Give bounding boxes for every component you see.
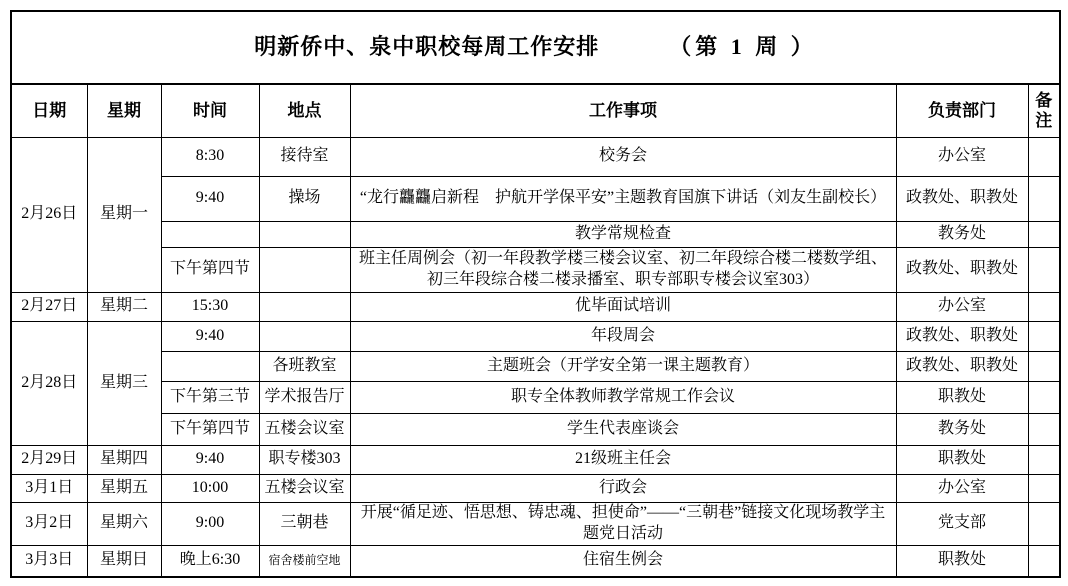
department-cell: 政教处、职教处 — [896, 351, 1028, 381]
department-cell: 办公室 — [896, 292, 1028, 321]
table-row: 教学常规检查 教务处 — [11, 221, 1060, 247]
date-cell: 2月27日 — [11, 292, 87, 321]
department-cell: 教务处 — [896, 413, 1028, 445]
table-row: 3月2日 星期六 9:00 三朝巷 开展“循足迹、悟思想、铸忠魂、担使命”——“… — [11, 502, 1060, 545]
time-cell: 10:00 — [161, 474, 259, 502]
remark-cell — [1028, 381, 1060, 413]
task-cell: 教学常规检查 — [350, 221, 896, 247]
task-cell: 学生代表座谈会 — [350, 413, 896, 445]
task-cell: 班主任周例会（初一年段教学楼三楼会议室、初二年段综合楼二楼数学组、初三年段综合楼… — [350, 247, 896, 292]
time-cell: 下午第四节 — [161, 413, 259, 445]
task-cell: 主题班会（开学安全第一课主题教育） — [350, 351, 896, 381]
table-row: 2月29日 星期四 9:40 职专楼303 21级班主任会 职教处 — [11, 445, 1060, 474]
time-cell: 9:40 — [161, 321, 259, 351]
department-cell: 政教处、职教处 — [896, 321, 1028, 351]
date-cell: 3月3日 — [11, 545, 87, 577]
time-cell: 9:00 — [161, 502, 259, 545]
task-cell: 校务会 — [350, 137, 896, 176]
weekday-cell: 星期四 — [87, 445, 161, 474]
weekday-cell: 星期六 — [87, 502, 161, 545]
department-cell: 职教处 — [896, 545, 1028, 577]
department-cell: 政教处、职教处 — [896, 176, 1028, 221]
task-cell: 职专全体教师教学常规工作会议 — [350, 381, 896, 413]
remark-cell — [1028, 176, 1060, 221]
task-cell: 行政会 — [350, 474, 896, 502]
col-header-time: 时间 — [161, 84, 259, 137]
col-header-date: 日期 — [11, 84, 87, 137]
weekday-cell: 星期日 — [87, 545, 161, 577]
task-cell: 开展“循足迹、悟思想、铸忠魂、担使命”——“三朝巷”链接文化现场教学主题党日活动 — [350, 502, 896, 545]
remark-cell — [1028, 474, 1060, 502]
remark-cell — [1028, 247, 1060, 292]
col-header-remark: 备注 — [1028, 84, 1060, 137]
weekday-cell: 星期二 — [87, 292, 161, 321]
remark-cell — [1028, 445, 1060, 474]
date-cell: 2月26日 — [11, 137, 87, 292]
location-cell: 职专楼303 — [259, 445, 350, 474]
table-row: 2月27日 星期二 15:30 优毕面试培训 办公室 — [11, 292, 1060, 321]
time-cell: 9:40 — [161, 176, 259, 221]
col-header-task: 工作事项 — [350, 84, 896, 137]
location-cell — [259, 247, 350, 292]
location-cell: 五楼会议室 — [259, 474, 350, 502]
remark-cell — [1028, 137, 1060, 176]
location-cell: 操场 — [259, 176, 350, 221]
location-cell: 三朝巷 — [259, 502, 350, 545]
task-cell: 优毕面试培训 — [350, 292, 896, 321]
table-row: 9:40 操场 “龙行龘龘启新程 护航开学保平安”主题教育国旗下讲话（刘友生副校… — [11, 176, 1060, 221]
weekday-cell: 星期五 — [87, 474, 161, 502]
header-row: 日期 星期 时间 地点 工作事项 负责部门 备注 — [11, 84, 1060, 137]
remark-cell — [1028, 545, 1060, 577]
col-header-department: 负责部门 — [896, 84, 1028, 137]
time-cell: 9:40 — [161, 445, 259, 474]
title-week: （第 1 周 ） — [669, 34, 817, 59]
date-cell: 2月29日 — [11, 445, 87, 474]
col-header-weekday: 星期 — [87, 84, 161, 137]
task-cell: “龙行龘龘启新程 护航开学保平安”主题教育国旗下讲话（刘友生副校长） — [350, 176, 896, 221]
location-cell: 学术报告厅 — [259, 381, 350, 413]
date-cell: 3月1日 — [11, 474, 87, 502]
task-cell: 年段周会 — [350, 321, 896, 351]
department-cell: 职教处 — [896, 445, 1028, 474]
weekday-cell: 星期三 — [87, 321, 161, 445]
date-cell: 3月2日 — [11, 502, 87, 545]
table-row: 2月28日 星期三 9:40 年段周会 政教处、职教处 — [11, 321, 1060, 351]
remark-cell — [1028, 292, 1060, 321]
table-row: 3月1日 星期五 10:00 五楼会议室 行政会 办公室 — [11, 474, 1060, 502]
table-row: 3月3日 星期日 晚上6:30 宿舍楼前空地 住宿生例会 职教处 — [11, 545, 1060, 577]
title-main: 明新侨中、泉中职校每周工作安排 — [254, 34, 599, 59]
time-cell: 晚上6:30 — [161, 545, 259, 577]
weekly-schedule-table: 明新侨中、泉中职校每周工作安排（第 1 周 ） 日期 星期 时间 地点 工作事项… — [10, 10, 1061, 578]
table-row: 下午第四节 五楼会议室 学生代表座谈会 教务处 — [11, 413, 1060, 445]
location-cell — [259, 292, 350, 321]
time-cell: 15:30 — [161, 292, 259, 321]
location-cell: 宿舍楼前空地 — [259, 545, 350, 577]
remark-cell — [1028, 321, 1060, 351]
department-cell: 党支部 — [896, 502, 1028, 545]
location-cell: 五楼会议室 — [259, 413, 350, 445]
task-cell: 21级班主任会 — [350, 445, 896, 474]
time-cell — [161, 221, 259, 247]
table-row: 下午第三节 学术报告厅 职专全体教师教学常规工作会议 职教处 — [11, 381, 1060, 413]
location-cell — [259, 221, 350, 247]
department-cell: 办公室 — [896, 474, 1028, 502]
department-cell: 政教处、职教处 — [896, 247, 1028, 292]
page-title: 明新侨中、泉中职校每周工作安排（第 1 周 ） — [11, 11, 1060, 84]
table-row: 下午第四节 班主任周例会（初一年段教学楼三楼会议室、初二年段综合楼二楼数学组、初… — [11, 247, 1060, 292]
location-cell: 接待室 — [259, 137, 350, 176]
department-cell: 办公室 — [896, 137, 1028, 176]
department-cell: 教务处 — [896, 221, 1028, 247]
col-header-location: 地点 — [259, 84, 350, 137]
time-cell: 下午第四节 — [161, 247, 259, 292]
table-row: 2月26日 星期一 8:30 接待室 校务会 办公室 — [11, 137, 1060, 176]
table-row: 各班教室 主题班会（开学安全第一课主题教育） 政教处、职教处 — [11, 351, 1060, 381]
department-cell: 职教处 — [896, 381, 1028, 413]
remark-cell — [1028, 351, 1060, 381]
location-cell — [259, 321, 350, 351]
time-cell — [161, 351, 259, 381]
time-cell: 8:30 — [161, 137, 259, 176]
weekday-cell: 星期一 — [87, 137, 161, 292]
remark-cell — [1028, 502, 1060, 545]
task-cell: 住宿生例会 — [350, 545, 896, 577]
location-cell: 各班教室 — [259, 351, 350, 381]
date-cell: 2月28日 — [11, 321, 87, 445]
time-cell: 下午第三节 — [161, 381, 259, 413]
title-row: 明新侨中、泉中职校每周工作安排（第 1 周 ） — [11, 11, 1060, 84]
remark-cell — [1028, 221, 1060, 247]
remark-cell — [1028, 413, 1060, 445]
